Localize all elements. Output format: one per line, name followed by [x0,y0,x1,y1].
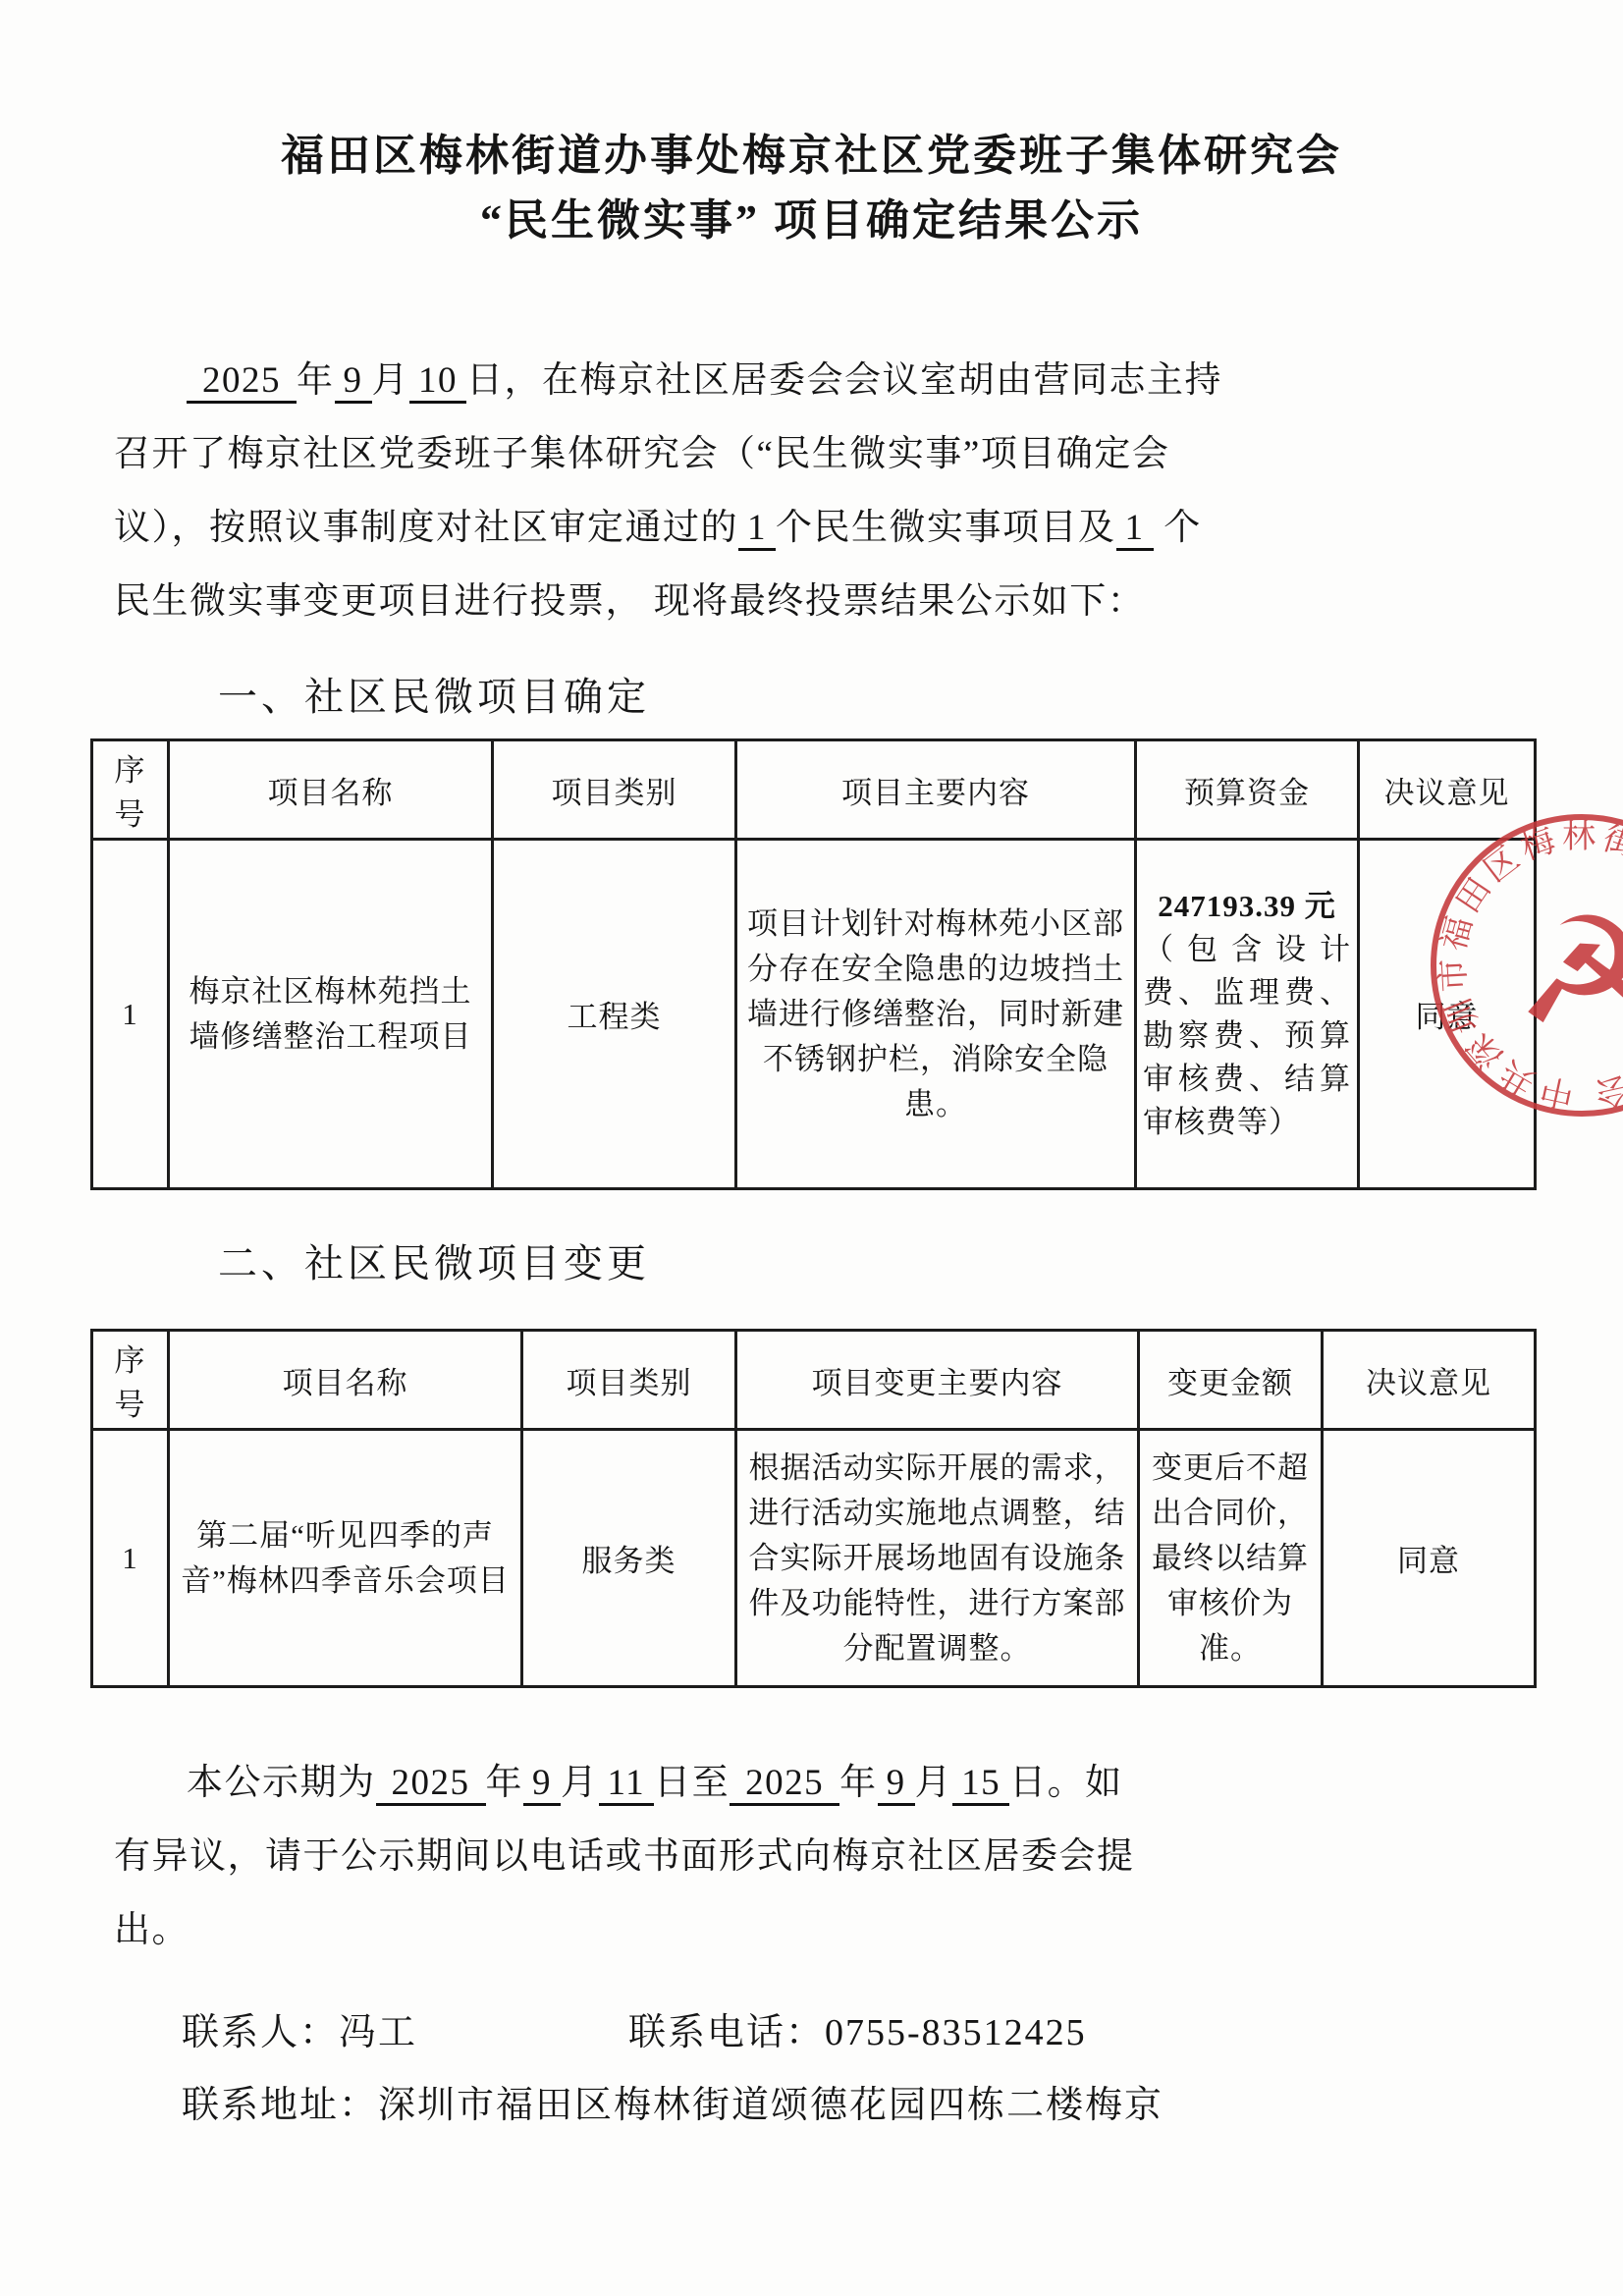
table1-header-name: 项目名称 [169,740,493,840]
contact-person: 联系人：冯工 [182,2001,628,2055]
contact-address: 联系地址：深圳市福田区梅林街道颂德花园四栋二楼梅京 [182,2074,1163,2128]
closing-line-2: 有异议，请于公示期间以电话或书面形式向梅京社区居委会提 [114,1820,1512,1893]
closing-start-day: 11 [599,1763,655,1806]
table1-cell-decision: 同意 [1359,840,1536,1189]
intro-paragraph: 2025年9月10日，在梅京社区居委会会议室胡由营同志主持 召开了梅京社区党委班… [114,344,1512,638]
table1-cell-name: 梅京社区梅林苑挡土墙修缮整治工程项目 [169,840,493,1189]
section1-heading: 一、社区民微项目确定 [218,666,650,722]
closing-start-year: 2025 [376,1763,486,1806]
table2-cell-category: 服务类 [522,1430,736,1687]
table1-header-row: 序号 项目名称 项目类别 项目主要内容 预算资金 决议意见 [92,740,1536,840]
intro-day: 10 [409,360,466,404]
intro-year-unit: 年 [297,360,335,401]
project-change-table: 序号 项目名称 项目类别 项目变更主要内容 变更金额 决议意见 1 第二届“听见… [90,1329,1537,1688]
table1-header-budget: 预算资金 [1136,740,1359,840]
intro-line-3-end: 个 [1163,508,1202,548]
table2-header-name: 项目名称 [169,1331,522,1430]
table1-header-category: 项目类别 [493,740,736,840]
intro-line-1: 2025年9月10日，在梅京社区居委会会议室胡由营同志主持 [114,344,1512,417]
intro-month: 9 [335,360,372,404]
table2-header-content: 项目变更主要内容 [736,1331,1139,1430]
doc-title-line2: “民生微实事” 项目确定结果公示 [0,185,1623,247]
table1-cell-no: 1 [92,840,169,1189]
budget-amount: 247193.39 元 [1143,885,1351,928]
table1-header-no: 序号 [92,740,169,840]
document-page: 福田区梅林街道办事处梅京社区党委班子集体研究会 “民生微实事” 项目确定结果公示… [0,0,1623,2296]
table1-cell-category: 工程类 [493,840,736,1189]
closing-end-month: 9 [878,1763,915,1806]
table1-cell-budget: 247193.39 元 （包含设计费、监理费、勘察费、预算审核费、结算审核费等） [1136,840,1359,1189]
table2-header-row: 序号 项目名称 项目类别 项目变更主要内容 变更金额 决议意见 [92,1331,1536,1430]
table2-cell-content: 根据活动实际开展的需求，进行活动实施地点调整，结合实际开展场地固有设施条件及功能… [736,1430,1139,1687]
intro-line-3: 议），按照议事制度对社区审定通过的1个民生微实事项目及1 个 [114,491,1512,565]
table2-header-amount: 变更金额 [1139,1331,1323,1430]
intro-year: 2025 [187,360,297,404]
intro-count-1: 1 [738,508,776,551]
intro-line-3-pre: 议），按照议事制度对社区审定通过的 [114,508,738,548]
table1-cell-content: 项目计划针对梅林苑小区部分存在安全隐患的边坡挡土墙进行修缮整治，同时新建不锈钢护… [736,840,1136,1189]
closing-line-3: 出。 [114,1893,1512,1967]
table2-row: 1 第二届“听见四季的声音”梅林四季音乐会项目 服务类 根据活动实际开展的需求，… [92,1430,1536,1687]
intro-month-unit: 月 [372,360,410,401]
closing-start-year-unit: 年 [486,1763,524,1803]
closing-line-1-end: 日。如 [1009,1763,1123,1803]
project-confirmation-table: 序号 项目名称 项目类别 项目主要内容 预算资金 决议意见 1 梅京社区梅林苑挡… [90,738,1537,1190]
section2-heading: 二、社区民微项目变更 [218,1232,650,1288]
closing-end-year-unit: 年 [839,1763,878,1803]
intro-line-3-mid: 个民生微实事项目及 [776,508,1116,548]
intro-line-4: 民生微实事变更项目进行投票， 现将最终投票结果公示如下： [114,565,1512,638]
doc-title-line1: 福田区梅林街道办事处梅京社区党委班子集体研究会 [0,120,1623,183]
closing-end-year: 2025 [730,1763,839,1806]
table2-header-no: 序号 [92,1331,169,1430]
closing-prefix: 本公示期为 [187,1763,376,1803]
table2-cell-name: 第二届“听见四季的声音”梅林四季音乐会项目 [169,1430,522,1687]
contact-line: 联系人：冯工联系电话：0755-83512425 [182,2001,1087,2055]
intro-line-2: 召开了梅京社区党委班子集体研究会（“民生微实事”项目确定会 [114,417,1512,491]
contact-phone: 联系电话：0755-83512425 [628,2012,1087,2053]
closing-to: 日至 [654,1763,730,1803]
table1-header-decision: 决议意见 [1359,740,1536,840]
intro-line-1-rest: 日，在梅京社区居委会会议室胡由营同志主持 [466,360,1222,401]
intro-count-2: 1 [1116,508,1154,551]
table2-header-category: 项目类别 [522,1331,736,1430]
table2-header-decision: 决议意见 [1323,1331,1536,1430]
closing-start-month-unit: 月 [561,1763,599,1803]
closing-paragraph: 本公示期为2025年9月11日至2025年9月15日。如 有异议，请于公示期间以… [114,1746,1512,1967]
budget-note: （包含设计费、监理费、勘察费、预算审核费、结算审核费等） [1143,928,1351,1144]
table2-cell-amount: 变更后不超出合同价，最终以结算审核价为准。 [1139,1430,1323,1687]
table2-cell-no: 1 [92,1430,169,1687]
table1-header-content: 项目主要内容 [736,740,1136,840]
table2-cell-decision: 同意 [1323,1430,1536,1687]
closing-end-month-unit: 月 [915,1763,953,1803]
closing-line-1: 本公示期为2025年9月11日至2025年9月15日。如 [114,1746,1512,1820]
closing-start-month: 9 [523,1763,561,1806]
table1-row: 1 梅京社区梅林苑挡土墙修缮整治工程项目 工程类 项目计划针对梅林苑小区部分存在… [92,840,1536,1189]
closing-end-day: 15 [952,1763,1009,1806]
